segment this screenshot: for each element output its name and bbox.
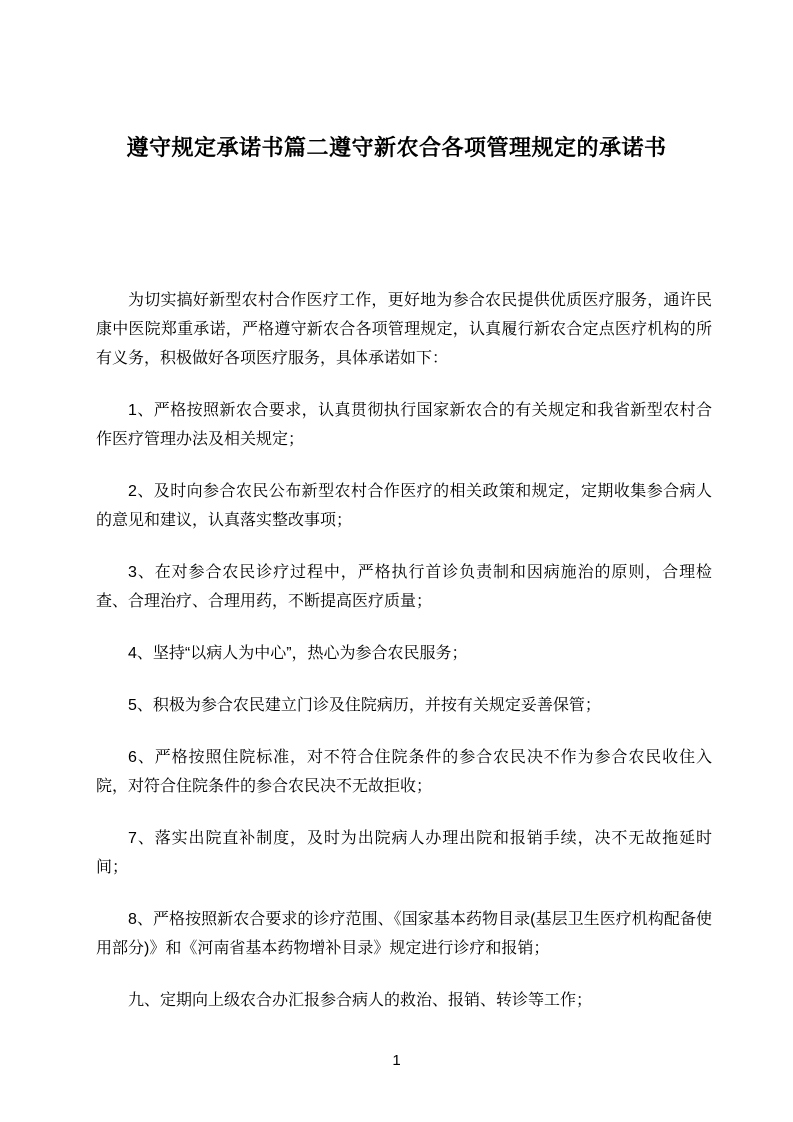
document-body: 为切实搞好新型农村合作医疗工作，更好地为参合农民提供优质医疗服务，通许民康中医院… bbox=[96, 286, 712, 1038]
commitment-item-3: 3、在对参合农民诊疗过程中，严格执行首诊负责制和因病施治的原则，合理检查、合理治… bbox=[96, 558, 712, 616]
document-title: 遵守规定承诺书篇二遵守新农合各项管理规定的承诺书 bbox=[0, 133, 793, 163]
document-page: 遵守规定承诺书篇二遵守新农合各项管理规定的承诺书 为切实搞好新型农村合作医疗工作… bbox=[0, 0, 793, 1122]
commitment-item-6: 6、严格按照住院标准，对不符合住院条件的参合农民决不作为参合农民收住入院，对符合… bbox=[96, 743, 712, 801]
intro-paragraph: 为切实搞好新型农村合作医疗工作，更好地为参合农民提供优质医疗服务，通许民康中医院… bbox=[96, 286, 712, 373]
commitment-item-4: 4、坚持“以病人为中心”，热心为参合农民服务； bbox=[96, 639, 712, 668]
commitment-item-9: 九、定期向上级农合办汇报参合病人的救治、报销、转诊等工作； bbox=[96, 986, 712, 1015]
commitment-item-5: 5、积极为参合农民建立门诊及住院病历，并按有关规定妥善保管； bbox=[96, 691, 712, 720]
commitment-item-7: 7、落实出院直补制度，及时为出院病人办理出院和报销手续，决不无故拖延时间； bbox=[96, 824, 712, 882]
commitment-item-2: 2、及时向参合农民公布新型农村合作医疗的相关政策和规定，定期收集参合病人的意见和… bbox=[96, 477, 712, 535]
page-number: 1 bbox=[0, 1050, 793, 1072]
commitment-item-8: 8、严格按照新农合要求的诊疗范围、《国家基本药物目录(基层卫生医疗机构配备使用部… bbox=[96, 905, 712, 963]
commitment-item-1: 1、严格按照新农合要求，认真贯彻执行国家新农合的有关规定和我省新型农村合作医疗管… bbox=[96, 396, 712, 454]
